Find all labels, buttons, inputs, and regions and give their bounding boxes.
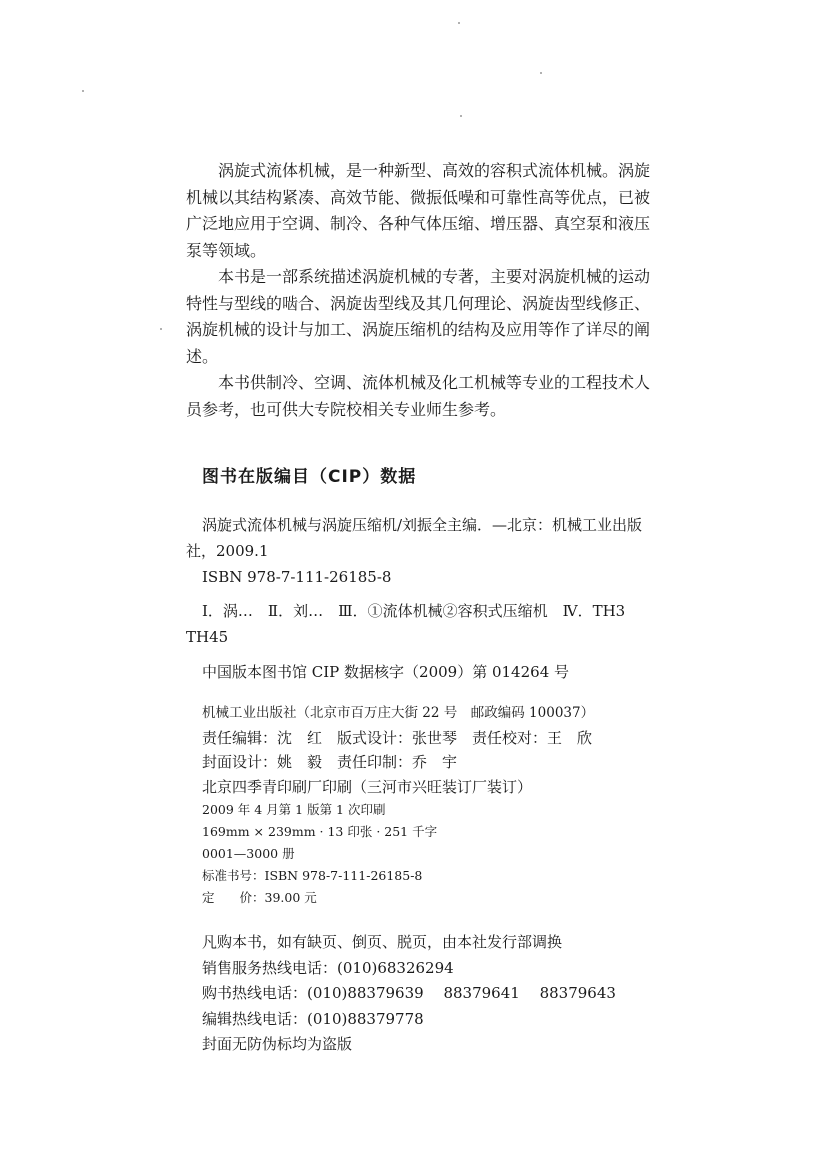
print-run: 0001—3000 册 — [202, 843, 594, 865]
purchase-hotline: 购书热线电话：(010)88379639 88379641 88379643 — [202, 981, 616, 1007]
printer: 北京四季青印刷厂印刷（三河市兴旺装订厂装订） — [202, 775, 594, 800]
scan-speck — [458, 22, 460, 24]
standard-number: 标准书号：ISBN 978-7-111-26185-8 — [202, 865, 594, 887]
cip-title: 图书在版编目（CIP）数据 — [202, 462, 416, 487]
scan-speck — [460, 115, 462, 117]
anti-piracy-notice: 封面无防伪标均为盗版 — [202, 1032, 616, 1058]
publisher: 机械工业出版社（北京市百万庄大街 22 号 邮政编码 100037） — [202, 701, 594, 726]
scan-speck — [160, 328, 162, 330]
edition: 2009 年 4 月第 1 版第 1 次印刷 — [202, 799, 594, 821]
intro-paragraph-3: 本书供制冷、空调、流体机械及化工机械等专业的工程技术人员参考，也可供大专院校相关… — [186, 370, 658, 423]
book-copyright-page: 涡旋式流体机械，是一种新型、高效的容积式流体机械。涡旋机械以其结构紧凑、高效节能… — [0, 0, 827, 1169]
intro-paragraph-2: 本书是一部系统描述涡旋机械的专著，主要对涡旋机械的运动特性与型线的啮合、涡旋齿型… — [186, 264, 658, 370]
format: 169mm × 239mm · 13 印张 · 251 千字 — [202, 821, 594, 843]
intro-paragraph-1: 涡旋式流体机械，是一种新型、高效的容积式流体机械。涡旋机械以其结构紧凑、高效节能… — [186, 158, 658, 264]
cip-number: 中国版本图书馆 CIP 数据核字（2009）第 014264 号 — [202, 661, 569, 682]
cip-isbn: ISBN 978-7-111-26185-8 — [186, 564, 666, 590]
cover-design-credits: 封面设计：姚 毅 责任印制：乔 宇 — [202, 750, 594, 775]
cip-record: 涡旋式流体机械与涡旋压缩机/刘振全主编．—北京：机械工业出版社，2009.1 I… — [186, 512, 666, 590]
sales-hotline: 销售服务热线电话：(010)68326294 — [202, 956, 616, 982]
cip-entry: 涡旋式流体机械与涡旋压缩机/刘振全主编．—北京：机械工业出版社，2009.1 — [186, 512, 666, 564]
editors: 责任编辑：沈 红 版式设计：张世琴 责任校对：王 欣 — [202, 726, 594, 751]
editorial-hotline: 编辑热线电话：(010)88379778 — [202, 1007, 616, 1033]
price: 定 价：39.00 元 — [202, 887, 594, 909]
scan-speck — [540, 72, 542, 74]
scan-speck — [82, 90, 84, 92]
cip-classification: Ⅰ．涡… Ⅱ．刘… Ⅲ．①流体机械②容积式压缩机 Ⅳ．TH3 TH45 — [186, 598, 666, 650]
publication-info: 机械工业出版社（北京市百万庄大街 22 号 邮政编码 100037） 责任编辑：… — [202, 701, 594, 909]
return-policy: 凡购本书，如有缺页、倒页、脱页，由本社发行部调换 — [202, 930, 616, 956]
cip-classification-block: Ⅰ．涡… Ⅱ．刘… Ⅲ．①流体机械②容积式压缩机 Ⅳ．TH3 TH45 — [186, 598, 666, 650]
book-introduction: 涡旋式流体机械，是一种新型、高效的容积式流体机械。涡旋机械以其结构紧凑、高效节能… — [186, 158, 658, 423]
contact-info: 凡购本书，如有缺页、倒页、脱页，由本社发行部调换 销售服务热线电话：(010)6… — [202, 930, 616, 1058]
